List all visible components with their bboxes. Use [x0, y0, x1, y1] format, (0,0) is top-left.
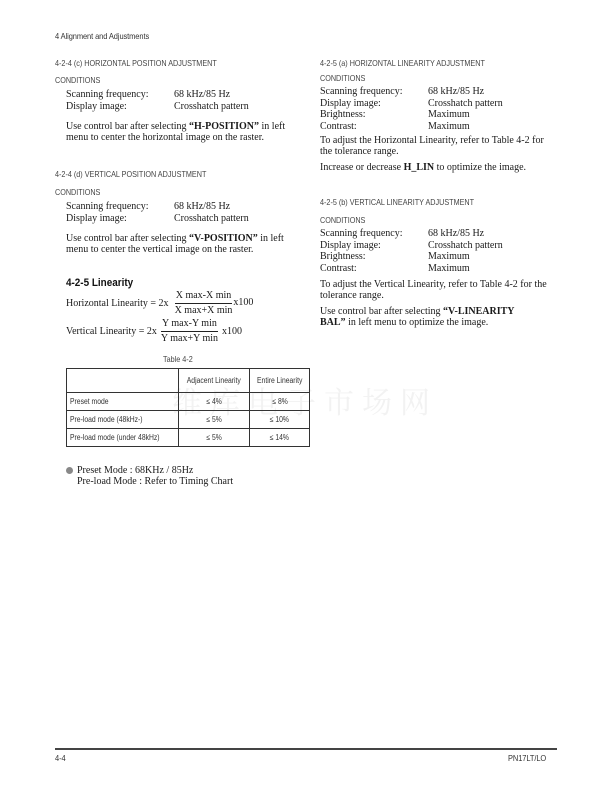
conditions-list: Scanning frequency:68 kHz/85 Hz Display …: [320, 228, 560, 274]
linearity-table: Adjacent Linearity Entire Linearity Pres…: [66, 368, 310, 447]
conditions-list: Scanning frequency:68 kHz/85 Hz Display …: [66, 201, 306, 224]
column-header: Adjacent Linearity: [179, 369, 250, 393]
fraction: Y max-Y min Y max+Y min: [161, 318, 218, 345]
section-title-h-linearity: 4-2-5 (a) HORIZONTAL LINEARITY ADJUSTMEN…: [320, 58, 485, 68]
condition-row: Contrast:Maximum: [320, 121, 560, 133]
condition-row: Scanning frequency:68 kHz/85 Hz: [320, 228, 560, 240]
table-row: Pre-load mode (under 48kHz) ≤ 5% ≤ 14%: [67, 429, 310, 447]
condition-row: Scanning frequency:68 kHz/85 Hz: [66, 89, 306, 101]
vertical-linearity-formula: Vertical Linearity = 2x Y max-Y min Y ma…: [66, 318, 242, 345]
paragraph-h-linearity-tolerance: To adjust the Horizontal Linearity, refe…: [320, 135, 548, 158]
paragraph-h-position: Use control bar after selecting “H-POSIT…: [66, 121, 298, 144]
table-caption: Table 4-2: [163, 354, 193, 364]
model-number: PN17LT/LO: [508, 753, 546, 763]
condition-row: Display image:Crosshatch pattern: [66, 101, 306, 113]
page-header: 4 Alignment and Adjustments: [55, 31, 149, 41]
table-row: Pre-load mode (48kHz-) ≤ 5% ≤ 10%: [67, 411, 310, 429]
linearity-heading: 4-2-5 Linearity: [66, 277, 133, 289]
conditions-list: Scanning frequency:68 kHz/85 Hz Display …: [320, 86, 560, 132]
bullet-icon: [66, 467, 73, 474]
mode-note: Preset Mode : 68KHz / 85Hz Pre-load Mode…: [66, 465, 306, 488]
section-title-v-linearity: 4-2-5 (b) VERTICAL LINEARITY ADJUSTMENT: [320, 197, 474, 207]
section-title-v-position: 4-2-4 (d) VERTICAL POSITION ADJUSTMENT: [55, 169, 206, 179]
conditions-label: CONDITIONS: [55, 75, 100, 85]
condition-row: Display image:Crosshatch pattern: [320, 98, 560, 110]
conditions-list: Scanning frequency:68 kHz/85 Hz Display …: [66, 89, 306, 112]
table-row: Preset mode ≤ 4% ≤ 8%: [67, 393, 310, 411]
condition-row: Contrast:Maximum: [320, 263, 560, 275]
conditions-label: CONDITIONS: [55, 187, 100, 197]
condition-row: Brightness:Maximum: [320, 251, 560, 263]
horizontal-linearity-formula: Horizontal Linearity = 2x X max-X min X …: [66, 290, 253, 317]
condition-row: Brightness:Maximum: [320, 109, 560, 121]
condition-row: Scanning frequency:68 kHz/85 Hz: [320, 86, 560, 98]
paragraph-h-linearity-adjust: Increase or decrease H_LIN to optimize t…: [320, 162, 542, 173]
fraction: X max-X min X max+X min: [175, 290, 233, 317]
condition-row: Scanning frequency:68 kHz/85 Hz: [66, 201, 306, 213]
footer-rule: [55, 748, 557, 750]
paragraph-v-linearity-adjust: Use control bar after selecting “V-LINEA…: [320, 306, 542, 329]
condition-row: Display image:Crosshatch pattern: [66, 213, 306, 225]
paragraph-v-linearity-tolerance: To adjust the Vertical Linearity, refer …: [320, 279, 550, 302]
section-title-h-position: 4-2-4 (c) HORIZONTAL POSITION ADJUSTMENT: [55, 58, 217, 68]
condition-row: Display image:Crosshatch pattern: [320, 240, 560, 252]
conditions-label: CONDITIONS: [320, 73, 365, 83]
page-number: 4-4: [55, 753, 66, 763]
paragraph-v-position: Use control bar after selecting “V-POSIT…: [66, 233, 298, 256]
conditions-label: CONDITIONS: [320, 215, 365, 225]
table-header-row: Adjacent Linearity Entire Linearity: [67, 369, 310, 393]
column-header: Entire Linearity: [249, 369, 309, 393]
